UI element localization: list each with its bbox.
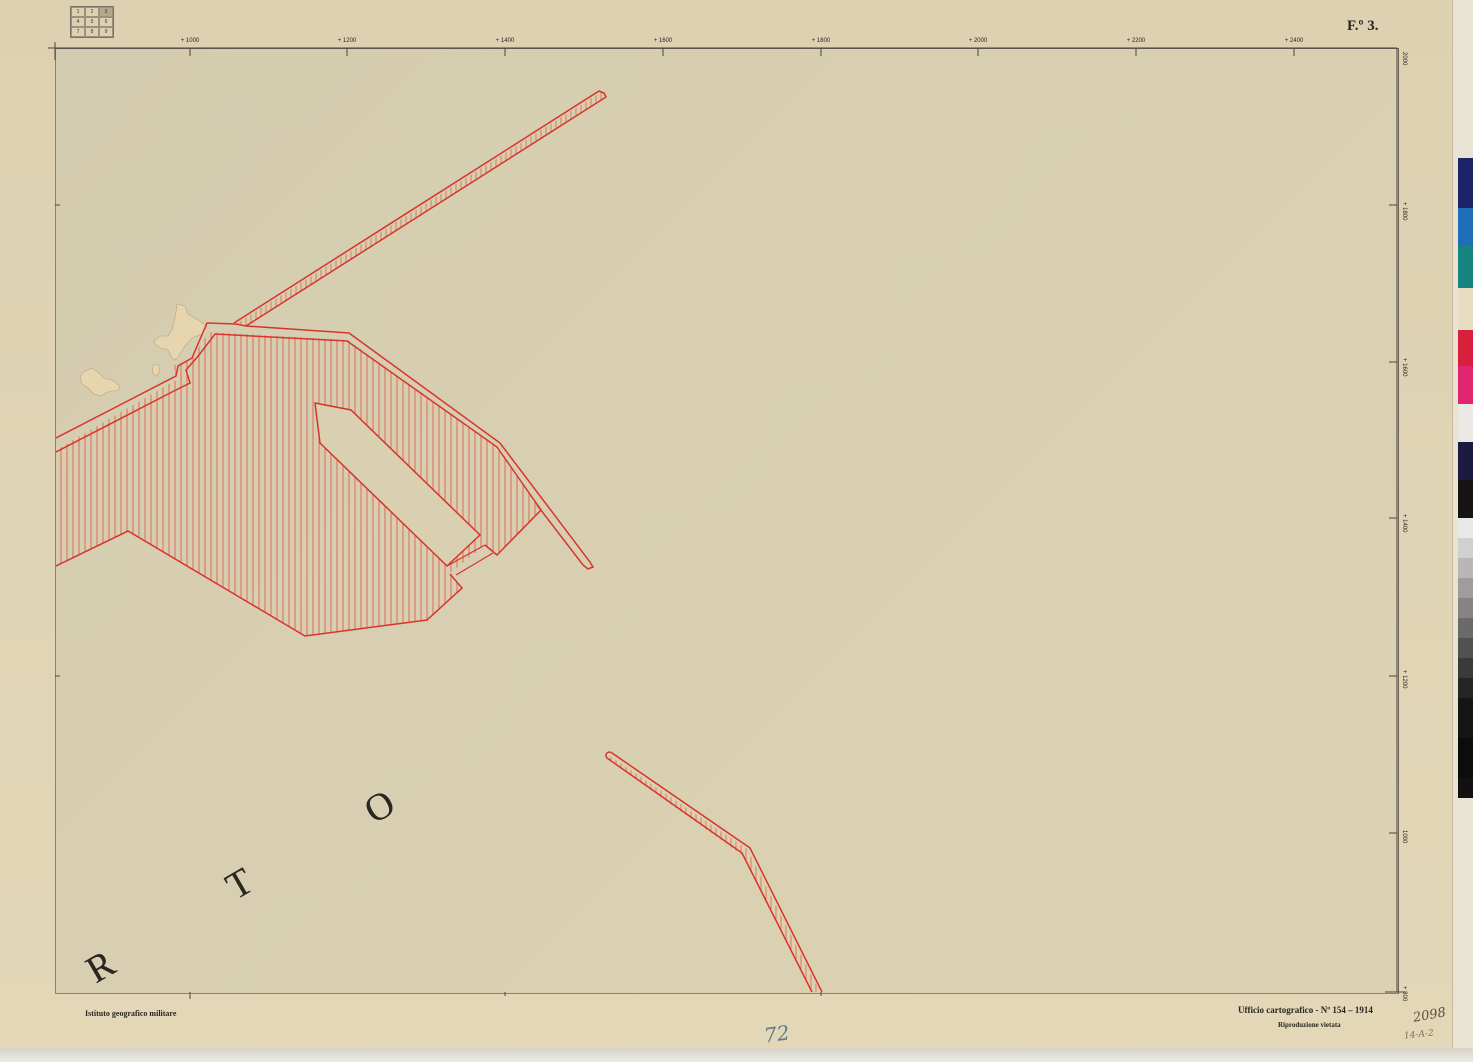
office-label: Ufficio cartografico - Nº 154 – 1914: [1238, 1005, 1373, 1015]
map-drawing: [0, 0, 1452, 1048]
southern-breakwater: [607, 754, 820, 992]
swatch-cream: [1458, 288, 1473, 330]
right-axis-ticks: [1385, 48, 1405, 992]
swatch-blue: [1458, 208, 1473, 246]
swatch-gray: [1458, 538, 1473, 558]
reproduction-notice: Riproduzione vietata: [1278, 1021, 1341, 1029]
swatch-gray: [1458, 678, 1473, 698]
publisher-label: Istituto geografico militare: [85, 1009, 176, 1018]
scan-background-edge: [0, 1048, 1473, 1062]
swatch-black: [1458, 480, 1473, 518]
swatch-gray: [1458, 618, 1473, 638]
handwritten-number: 72: [762, 1020, 791, 1047]
swatch-dark-blue: [1458, 442, 1473, 480]
swatch-gray: [1458, 698, 1473, 738]
northern-breakwater: [236, 92, 606, 326]
swatch-gray: [1458, 558, 1473, 578]
swatch-gray: [1458, 518, 1473, 538]
swatch-gray: [1458, 658, 1473, 678]
swatch-gray: [1458, 598, 1473, 618]
swatch-gray: [1458, 578, 1473, 598]
swatch-red: [1458, 330, 1473, 366]
swatch-gray: [1458, 738, 1473, 778]
harbour-works-hatched: [56, 332, 541, 636]
swatch-magenta: [1458, 366, 1473, 404]
color-calibration-strip: [1458, 158, 1473, 798]
swatch-teal: [1458, 246, 1473, 288]
swatch-gray: [1458, 638, 1473, 658]
map-sheet: 1 2 3 4 5 6 7 8 9 F.º 3. + 1000 + 1200 +…: [0, 0, 1453, 1048]
swatch-white: [1458, 404, 1473, 442]
swatch-navy: [1458, 158, 1473, 208]
top-axis-ticks: [48, 42, 1397, 60]
